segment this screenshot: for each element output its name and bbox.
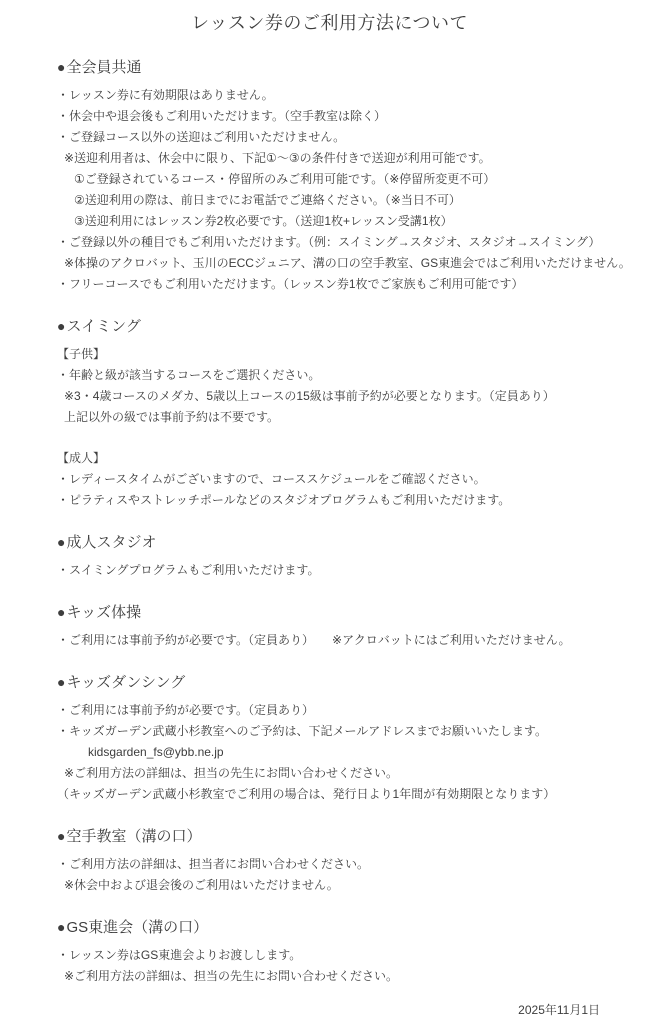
text-line: ・ピラティスやストレッチポールなどのスタジオプログラムもご利用いただけます。 [57,490,639,511]
text-line: ・キッズガーデン武蔵小杉教室へのご予約は、下記メールアドレスまでお願いいたします… [57,721,639,742]
text-line: ・ご登録以外の種目でもご利用いただけます。（例：スイミング→スタジオ、スタジオ→… [57,232,639,253]
section-heading-text: 空手教室（溝の口） [66,828,201,845]
section-heading: ●キッズダンシング [57,671,639,694]
section-heading: ●スイミング [57,315,639,338]
text-line: ・ご利用には事前予約が必要です。（定員あり） ※アクロバットにはご利用いただけま… [57,630,639,651]
text-line: 【子供】 [57,344,639,365]
text-line: 【成人】 [57,448,639,469]
section-heading-text: GS東進会（溝の口） [66,919,208,936]
section-4: ●キッズ体操・ご利用には事前予約が必要です。（定員あり） ※アクロバットにはご利… [57,601,639,651]
text-line: （キッズガーデン武蔵小杉教室でご利用の場合は、発行日より1年間が有効期限となりま… [57,784,639,805]
bullet-marker-icon: ● [57,828,65,844]
document-page: レッスン券のご利用方法について ●全会員共通・レッスン券に有効期限はありません。… [0,0,659,1024]
bullet-marker-icon: ● [57,534,65,550]
text-line: ・ご利用方法の詳細は、担当者にお問い合わせください。 [57,854,639,875]
section-heading-text: 全会員共通 [66,59,141,76]
page-title: レッスン券のご利用方法について [0,10,659,36]
section-heading: ●成人スタジオ [57,531,639,554]
bullet-marker-icon: ● [57,919,65,935]
text-line: ※体操のアクロバット、玉川のECCジュニア、溝の口の空手教室、GS東進会ではご利… [57,253,639,274]
section-heading-text: キッズダンシング [66,674,185,691]
text-line: ※休会中および退会後のご利用はいただけません。 [57,875,639,896]
section-2: ●スイミング【子供】・年齢と級が該当するコースをご選択ください。※3・4歳コース… [57,315,639,511]
bullet-marker-icon: ● [57,604,65,620]
section-5: ●キッズダンシング・ご利用には事前予約が必要です。（定員あり）・キッズガーデン武… [57,671,639,805]
section-heading: ●空手教室（溝の口） [57,825,639,848]
section-1: ●全会員共通・レッスン券に有効期限はありません。・休会中や退会後もご利用いただけ… [57,56,639,295]
text-line: ②送迎利用の際は、前日までにお電話でご連絡ください。（※当日不可） [57,190,639,211]
text-line: ・年齢と級が該当するコースをご選択ください。 [57,365,639,386]
section-3: ●成人スタジオ・スイミングプログラムもご利用いただけます。 [57,531,639,581]
section-7: ●GS東進会（溝の口）・レッスン券はGS東進会よりお渡しします。※ご利用方法の詳… [57,916,639,987]
text-line: ・フリーコースでもご利用いただけます。（レッスン券1枚でご家族もご利用可能です） [57,274,639,295]
text-line: ③送迎利用にはレッスン券2枚必要です。（送迎1枚+レッスン受講1枚） [57,211,639,232]
section-heading: ●キッズ体操 [57,601,639,624]
sections-container: ●全会員共通・レッスン券に有効期限はありません。・休会中や退会後もご利用いただけ… [0,56,659,987]
text-line: ・レッスン券に有効期限はありません。 [57,85,639,106]
bullet-marker-icon: ● [57,674,65,690]
text-line: kidsgarden_fs@ybb.ne.jp [57,742,639,763]
bullet-marker-icon: ● [57,59,65,75]
bullet-marker-icon: ● [57,318,65,334]
text-line: ・レッスン券はGS東進会よりお渡しします。 [57,945,639,966]
footer-date: 2025年11月1日 [518,1002,600,1018]
text-line: ・ご利用には事前予約が必要です。（定員あり） [57,700,639,721]
text-line: ※ご利用方法の詳細は、担当の先生にお問い合わせください。 [57,763,639,784]
text-line: ①ご登録されているコース・停留所のみご利用可能です。（※停留所変更不可） [57,169,639,190]
text-line: ※3・4歳コースのメダカ、5歳以上コースの15級は事前予約が必要となります。（定… [57,386,639,407]
text-line: ・ご登録コース以外の送迎はご利用いただけません。 [57,127,639,148]
section-heading-text: キッズ体操 [66,604,141,621]
text-line: ・スイミングプログラムもご利用いただけます。 [57,560,639,581]
section-heading: ●GS東進会（溝の口） [57,916,639,939]
section-heading-text: 成人スタジオ [66,534,156,551]
section-heading: ●全会員共通 [57,56,639,79]
section-heading-text: スイミング [66,318,140,335]
text-line: ※送迎利用者は、休会中に限り、下記①～③の条件付きで送迎が利用可能です。 [57,148,639,169]
section-6: ●空手教室（溝の口）・ご利用方法の詳細は、担当者にお問い合わせください。※休会中… [57,825,639,896]
text-line: ・レディースタイムがございますので、コーススケジュールをご確認ください。 [57,469,639,490]
text-line: 上記以外の級では事前予約は不要です。 [57,407,639,428]
text-line: ※ご利用方法の詳細は、担当の先生にお問い合わせください。 [57,966,639,987]
text-line: ・休会中や退会後もご利用いただけます。（空手教室は除く） [57,106,639,127]
